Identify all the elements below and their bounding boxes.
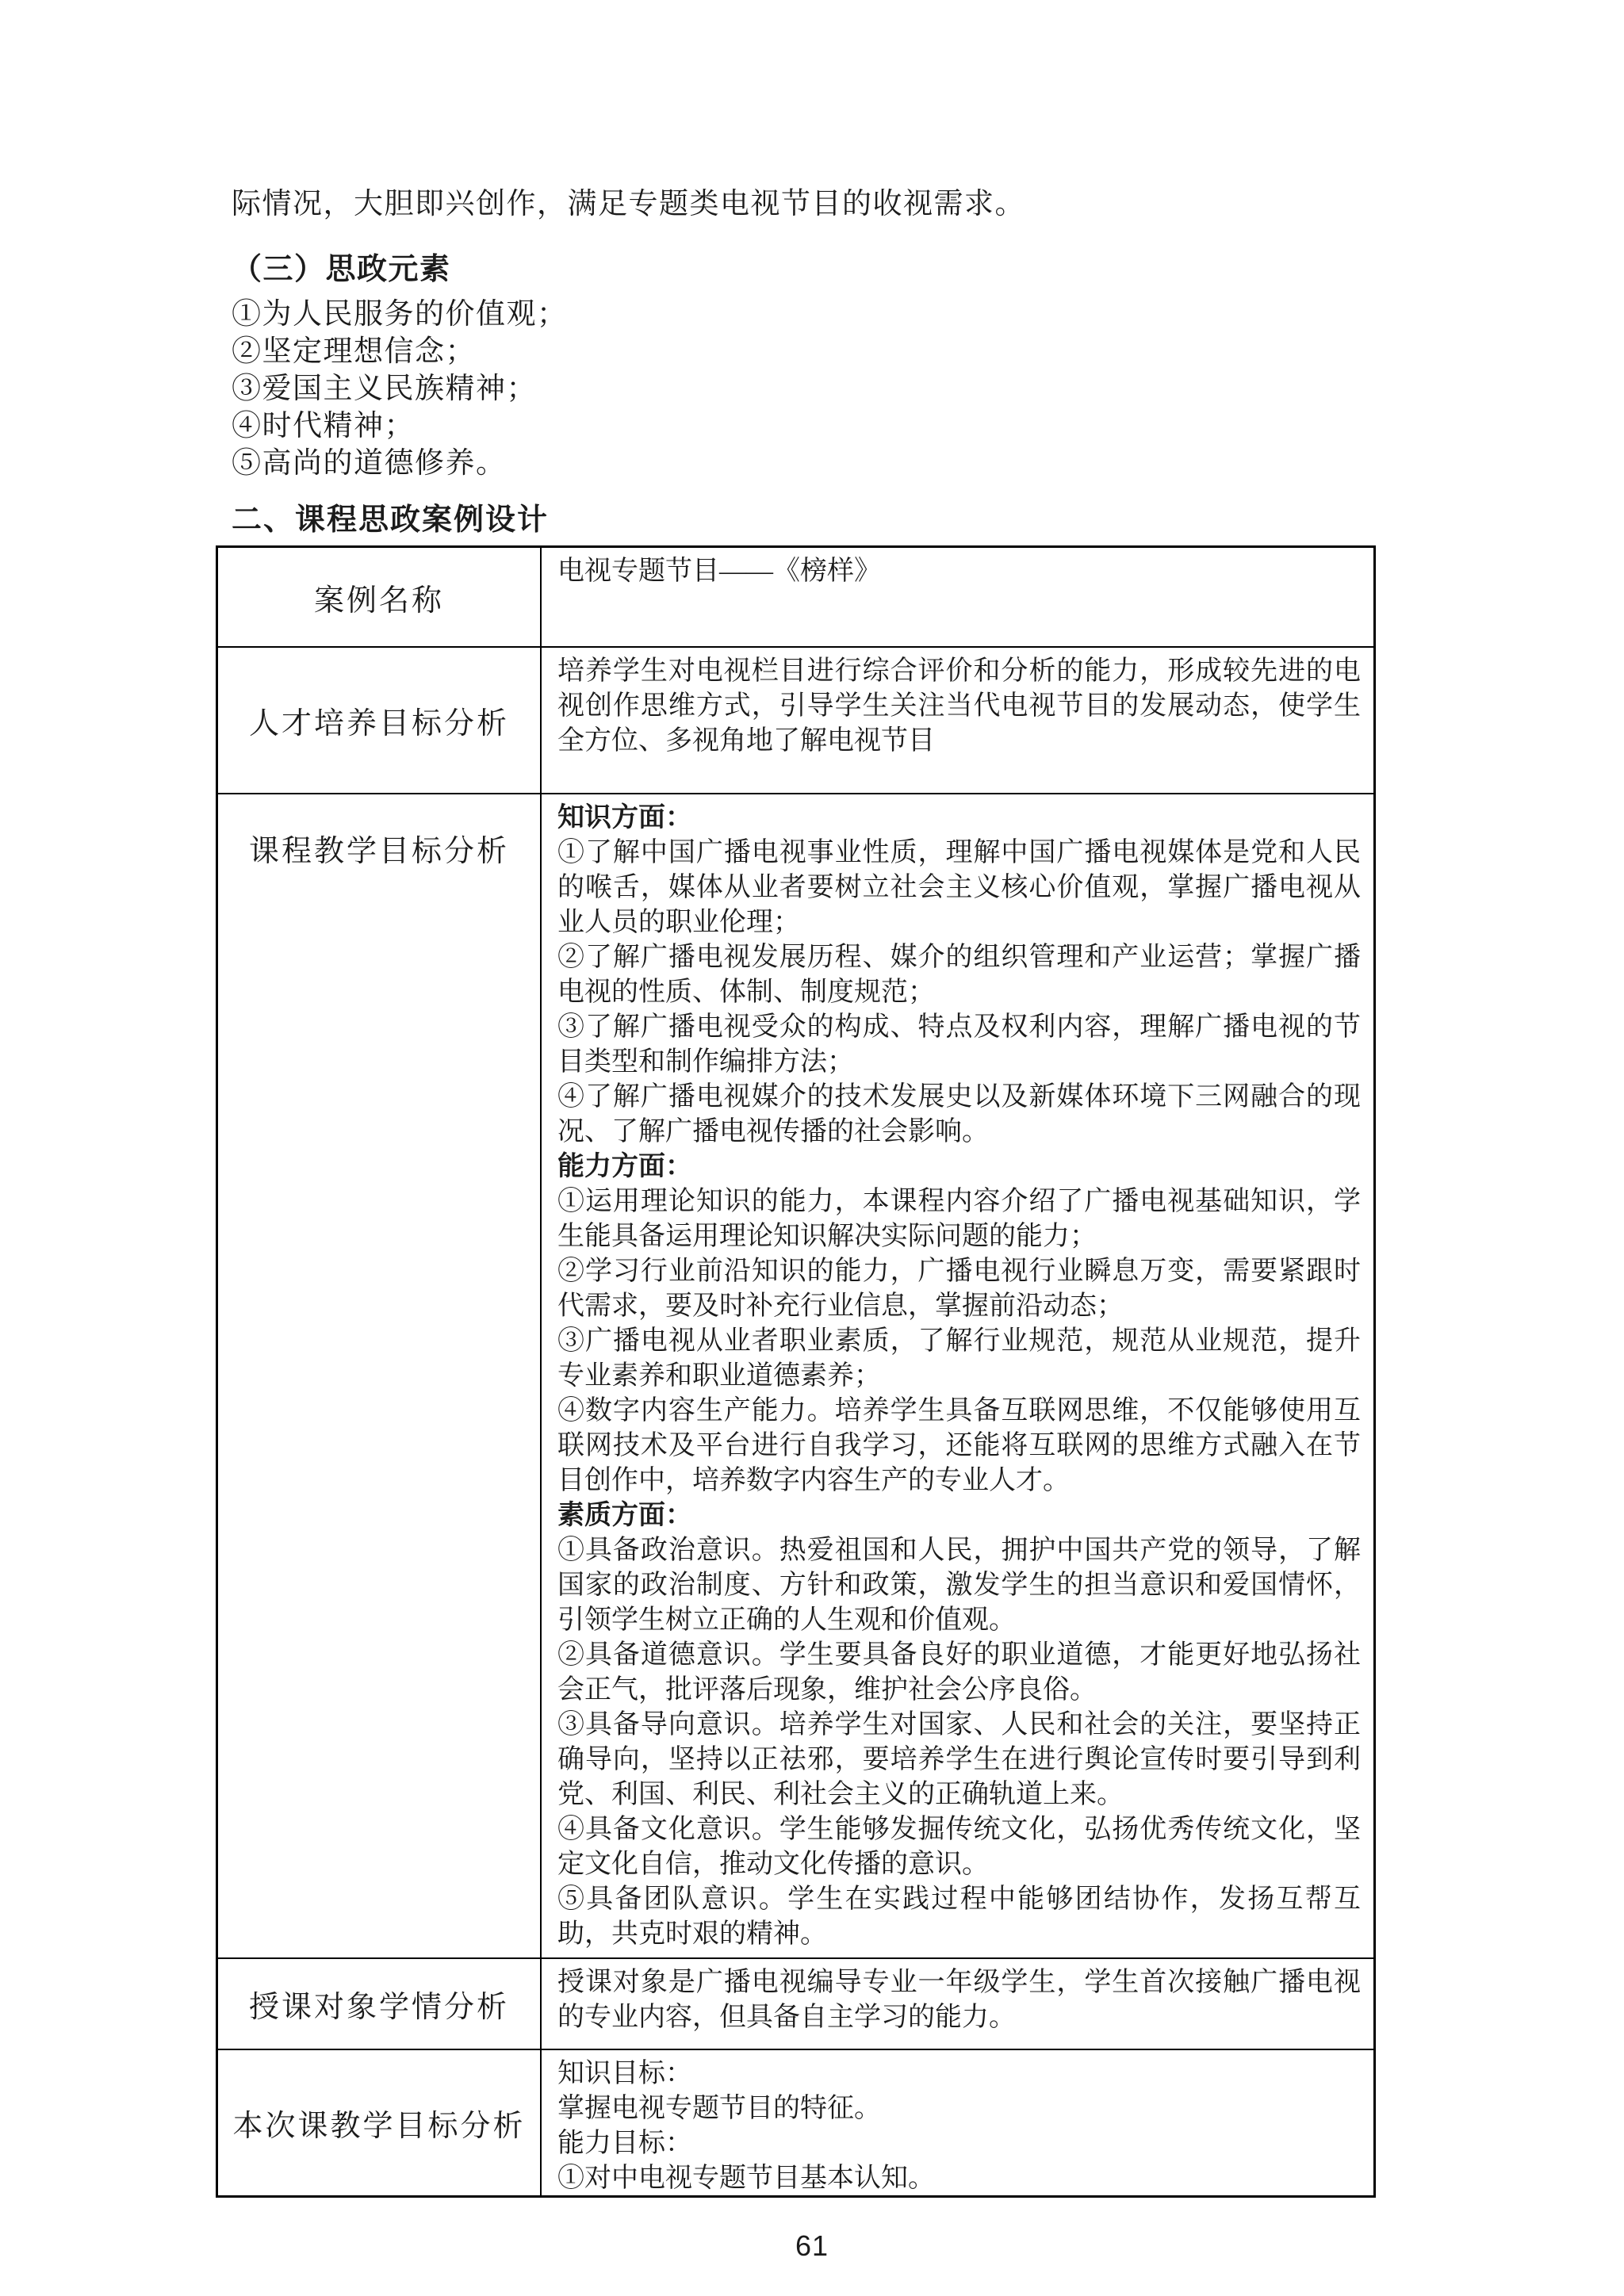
content-paragraph: 掌握电视专题节目的特征。 [557,2091,1361,2126]
row-content: 电视专题节目——《榜样》 [542,548,1373,646]
content-paragraph: ④了解广播电视媒介的技术发展史以及新媒体环境下三网融合的现况、了解广播电视传播的… [557,1080,1361,1150]
content-paragraph: 授课对象是广播电视编导专业一年级学生，学生首次接触广播电视的专业内容，但具备自主… [557,1965,1361,2035]
table-row: 本次课教学目标分析知识目标：掌握电视专题节目的特征。能力目标：①对中电视专题节目… [218,2049,1373,2195]
row-content: 知识目标：掌握电视专题节目的特征。能力目标：①对中电视专题节目基本认知。 [542,2050,1373,2195]
row-label: 本次课教学目标分析 [218,2050,542,2195]
table-row: 授课对象学情分析授课对象是广播电视编导专业一年级学生，学生首次接触广播电视的专业… [218,1957,1373,2049]
content-paragraph: ②了解广播电视发展历程、媒介的组织管理和产业运营；掌握广播电视的性质、体制、制度… [557,940,1361,1010]
content-paragraph: ②学习行业前沿知识的能力，广播电视行业瞬息万变，需要紧跟时代需求，要及时补充行业… [557,1254,1361,1324]
list-item: ②坚定理想信念； [232,333,1389,370]
content-paragraph: 培养学生对电视栏目进行综合评价和分析的能力，形成较先进的电视创作思维方式，引导学… [557,654,1361,759]
content-paragraph: ③具备导向意识。培养学生对国家、人民和社会的关注，要坚持正确导向，坚持以正祛邪，… [557,1708,1361,1812]
content-paragraph: ⑤具备团队意识。学生在实践过程中能够团结协作，发扬互帮互助，共克时艰的精神。 [557,1882,1361,1952]
row-label: 课程教学目标分析 [218,794,542,1957]
content-paragraph: ④具备文化意识。学生能够发掘传统文化，弘扬优秀传统文化，坚定文化自信，推动文化传… [557,1812,1361,1882]
list-item: ④时代精神； [232,408,1389,445]
content-subheading: 能力方面： [557,1150,1361,1184]
content-paragraph: ③广播电视从业者职业素质，了解行业规范，规范从业规范，提升专业素养和职业道德素养… [557,1324,1361,1394]
row-label: 人才培养目标分析 [218,648,542,793]
content-paragraph: ①对中电视专题节目基本认知。 [557,2161,1361,2195]
table-row: 案例名称电视专题节目——《榜样》 [218,548,1373,646]
section-heading-sizheng-elements: （三）思政元素 [232,254,1389,285]
content-paragraph: ②具备道德意识。学生要具备良好的职业道德，才能更好地弘扬社会正气，批评落后现象，… [557,1638,1361,1708]
content-subheading: 知识方面： [557,801,1361,836]
document-page: 际情况，大胆即兴创作，满足专题类电视节目的收视需求。 （三）思政元素 ①为人民服… [0,0,1624,2296]
content-paragraph: 电视专题节目——《榜样》 [557,554,1361,589]
content-paragraph: 能力目标： [557,2126,1361,2161]
page-number: 61 [0,2229,1624,2263]
content-subheading: 素质方面： [557,1498,1361,1533]
table-row: 课程教学目标分析知识方面：①了解中国广播电视事业性质，理解中国广播电视媒体是党和… [218,793,1373,1957]
content-paragraph: ③了解广播电视受众的构成、特点及权利内容，理解广播电视的节目类型和制作编排方法； [557,1010,1361,1080]
row-label: 案例名称 [218,548,542,646]
sizheng-element-list: ①为人民服务的价值观； ②坚定理想信念； ③爱国主义民族精神； ④时代精神； ⑤… [232,296,1389,482]
list-item: ①为人民服务的价值观； [232,296,1389,333]
row-content: 授课对象是广播电视编导专业一年级学生，学生首次接触广播电视的专业内容，但具备自主… [542,1959,1373,2049]
table-row: 人才培养目标分析培养学生对电视栏目进行综合评价和分析的能力，形成较先进的电视创作… [218,646,1373,793]
content-paragraph: ①了解中国广播电视事业性质，理解中国广播电视媒体是党和人民的喉舌，媒体从业者要树… [557,836,1361,940]
content-paragraph: ①具备政治意识。热爱祖国和人民，拥护中国共产党的领导，了解国家的政治制度、方针和… [557,1533,1361,1638]
intro-section: 际情况，大胆即兴创作，满足专题类电视节目的收视需求。 （三）思政元素 ①为人民服… [232,189,1389,536]
case-design-table: 案例名称电视专题节目——《榜样》人才培养目标分析培养学生对电视栏目进行综合评价和… [216,545,1376,2198]
row-label: 授课对象学情分析 [218,1959,542,2049]
content-paragraph: ④数字内容生产能力。培养学生具备互联网思维，不仅能够使用互联网技术及平台进行自我… [557,1394,1361,1498]
content-paragraph: ①运用理论知识的能力，本课程内容介绍了广播电视基础知识，学生能具备运用理论知识解… [557,1184,1361,1254]
row-content: 培养学生对电视栏目进行综合评价和分析的能力，形成较先进的电视创作思维方式，引导学… [542,648,1373,793]
section-heading-case-design: 二、课程思政案例设计 [232,504,1389,536]
content-paragraph: 知识目标： [557,2057,1361,2091]
list-item: ③爱国主义民族精神； [232,370,1389,408]
list-item: ⑤高尚的道德修养。 [232,445,1389,482]
body-paragraph: 际情况，大胆即兴创作，满足专题类电视节目的收视需求。 [232,189,1389,220]
row-content: 知识方面：①了解中国广播电视事业性质，理解中国广播电视媒体是党和人民的喉舌，媒体… [542,794,1373,1957]
